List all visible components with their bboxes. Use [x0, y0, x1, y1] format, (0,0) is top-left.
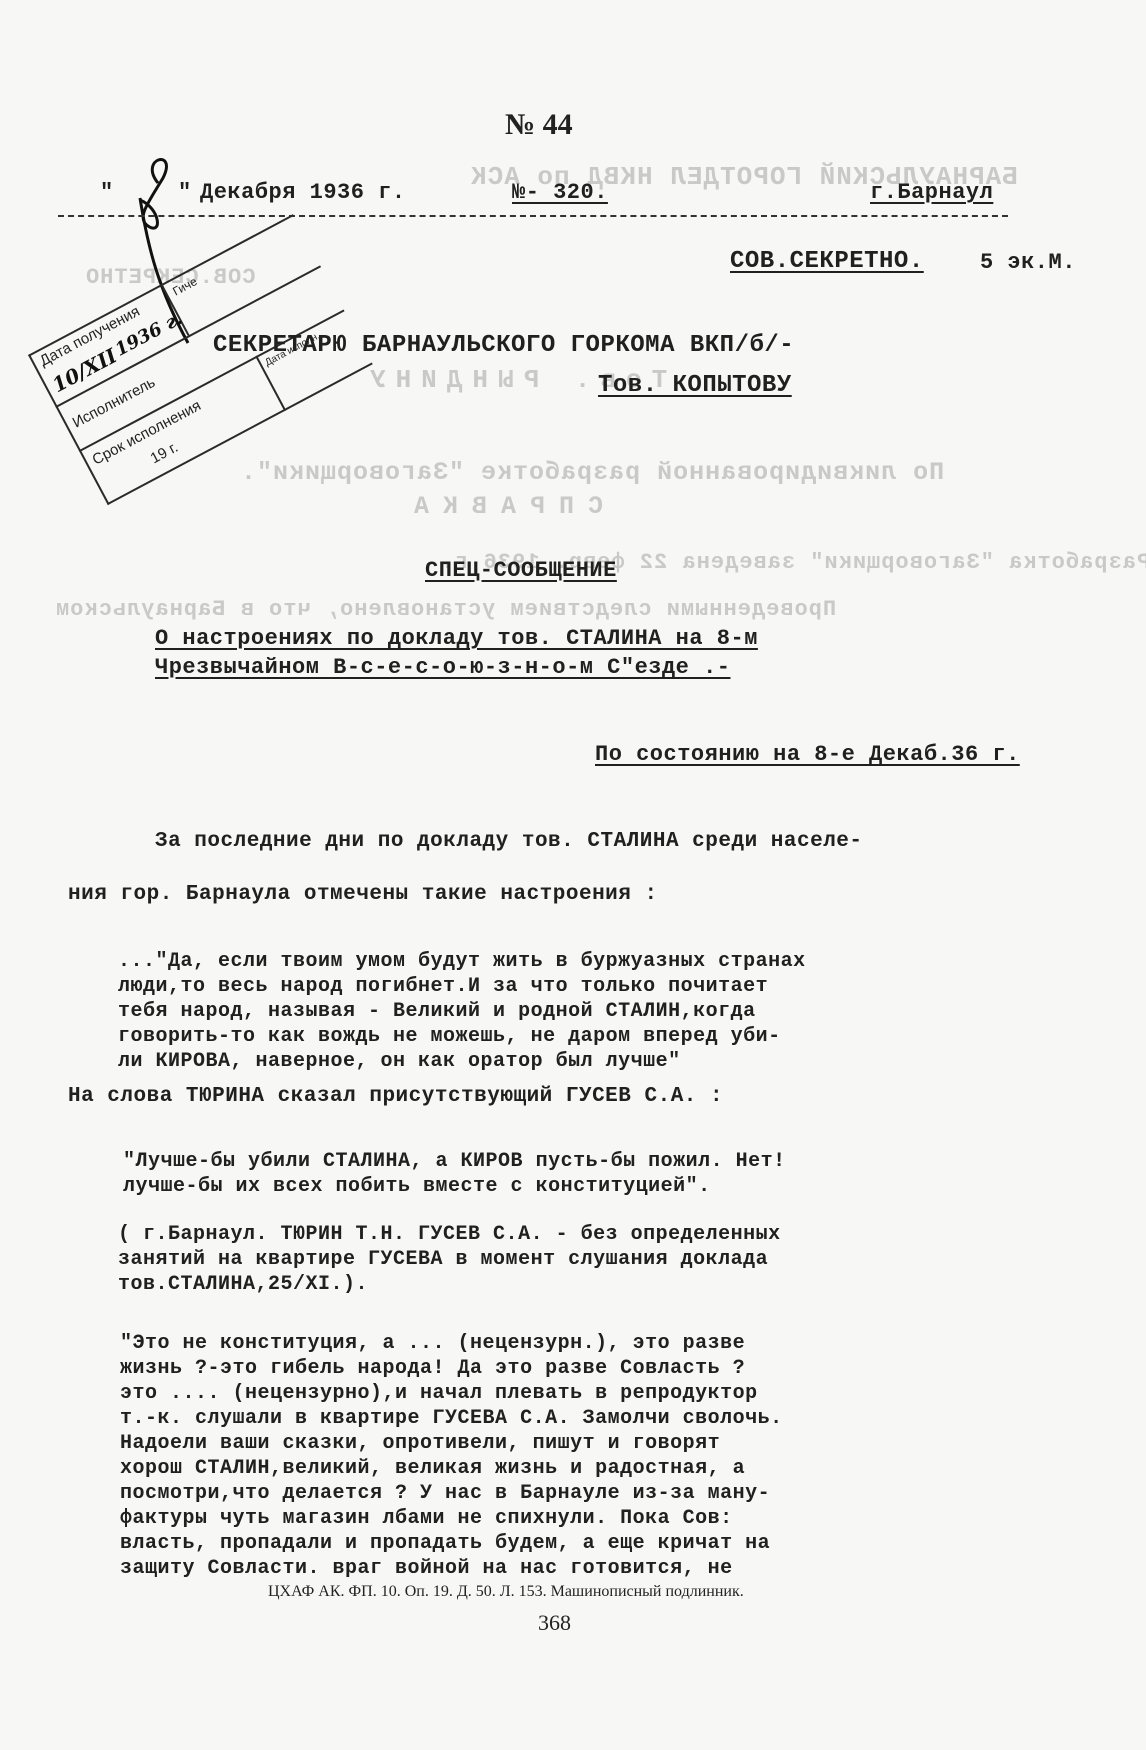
- body-line: За последние дни по докладу тов. СТАЛИНА…: [155, 830, 863, 853]
- quote-line: "Лучше-бы убили СТАЛИНА, а КИРОВ пусть-б…: [123, 1150, 786, 1173]
- quote-line: говорить-то как вождь не можешь, не даро…: [118, 1025, 781, 1048]
- body-line: На слова ТЮРИНА сказал присутствующий ГУ…: [68, 1085, 723, 1108]
- quote-line: "Это не конституция, а ... (нецензурн.),…: [120, 1332, 745, 1355]
- bleed-through-line: По ликвидированной разработке "Заговорщи…: [240, 458, 944, 487]
- bleed-through-line: Проведенными следствием установлено, что…: [55, 597, 836, 622]
- copies-count: 5 эк.М.: [980, 250, 1076, 275]
- document-number: № 44: [505, 108, 573, 142]
- addressee-line-1: СЕКРЕТАРЮ БАРНАУЛЬСКОГО ГОРКОМА ВКП/б/-: [213, 332, 794, 359]
- quote-line: Надоели ваши сказки, опротивели, пишут и…: [120, 1432, 720, 1455]
- quote-line: посмотри,что делается ? У нас в Барнауле…: [120, 1482, 770, 1505]
- header-dashed-rule: [58, 215, 1008, 217]
- city: г.Барнаул: [870, 180, 993, 205]
- subject-line-1: О настроениях по докладу тов. СТАЛИНА на…: [155, 626, 758, 651]
- attribution-line: ( г.Барнаул. ТЮРИН Т.Н. ГУСЕВ С.А. - без…: [118, 1223, 781, 1246]
- quote-line: т.-к. слушали в квартире ГУСЕВА С.А. Зам…: [120, 1407, 783, 1430]
- quote-line: хорош СТАЛИН,великий, великая жизнь и ра…: [120, 1457, 745, 1480]
- quote-line: ..."Да, если твоим умом будут жить в бур…: [118, 950, 806, 973]
- bleed-through-line: СПРАВКА: [400, 492, 603, 521]
- addressee-line-2: Тов. КОПЫТОВУ: [598, 372, 792, 399]
- attribution-line: тов.СТАЛИНА,25/XI.).: [118, 1273, 368, 1296]
- as-of-date: По состоянию на 8-е Декаб.36 г.: [595, 742, 1020, 767]
- quote-line: ли КИРОВА, наверное, он как оратор был л…: [118, 1050, 681, 1073]
- classification-stamp: СОВ.СЕКРЕТНО.: [730, 248, 924, 275]
- body-line: ния гор. Барнаула отмечены такие настрое…: [68, 883, 658, 906]
- quote-line: люди,то весь народ погибнет.И за что тол…: [118, 975, 768, 998]
- quote-line: фактуры чуть магазин лбами не спихнули. …: [120, 1507, 733, 1530]
- date-quote-close: ": [178, 180, 192, 205]
- attribution-line: занятий на квартире ГУСЕВА в момент слуш…: [118, 1248, 768, 1271]
- date-month-year: Декабря 1936 г.: [200, 180, 406, 205]
- quote-line: власть, пропадали и пропадать будем, а е…: [120, 1532, 770, 1555]
- archive-source-note: ЦХАФ АК. ФП. 10. Оп. 19. Д. 50. Л. 153. …: [268, 1583, 744, 1601]
- subject-line-2: Чрезвычайном В-с-е-с-о-ю-з-н-о-м С"езде …: [155, 655, 731, 680]
- quote-line: лучше-бы их всех побить вместе с констит…: [123, 1175, 711, 1198]
- document-title: СПЕЦ-СООБЩЕНИЕ: [425, 558, 617, 583]
- quote-line: защиту Совласти. враг войной на нас гото…: [120, 1557, 733, 1580]
- page-number: 368: [538, 1610, 571, 1636]
- quote-line: жизнь ?-это гибель народа! Да это разве …: [120, 1357, 745, 1380]
- registration-number: №- 320.: [512, 180, 608, 205]
- quote-line: это .... (нецензурно),и начал плевать в …: [120, 1382, 758, 1405]
- quote-line: тебя народ, называя - Великий и родной С…: [118, 1000, 756, 1023]
- date-quote-open: ": [100, 180, 114, 205]
